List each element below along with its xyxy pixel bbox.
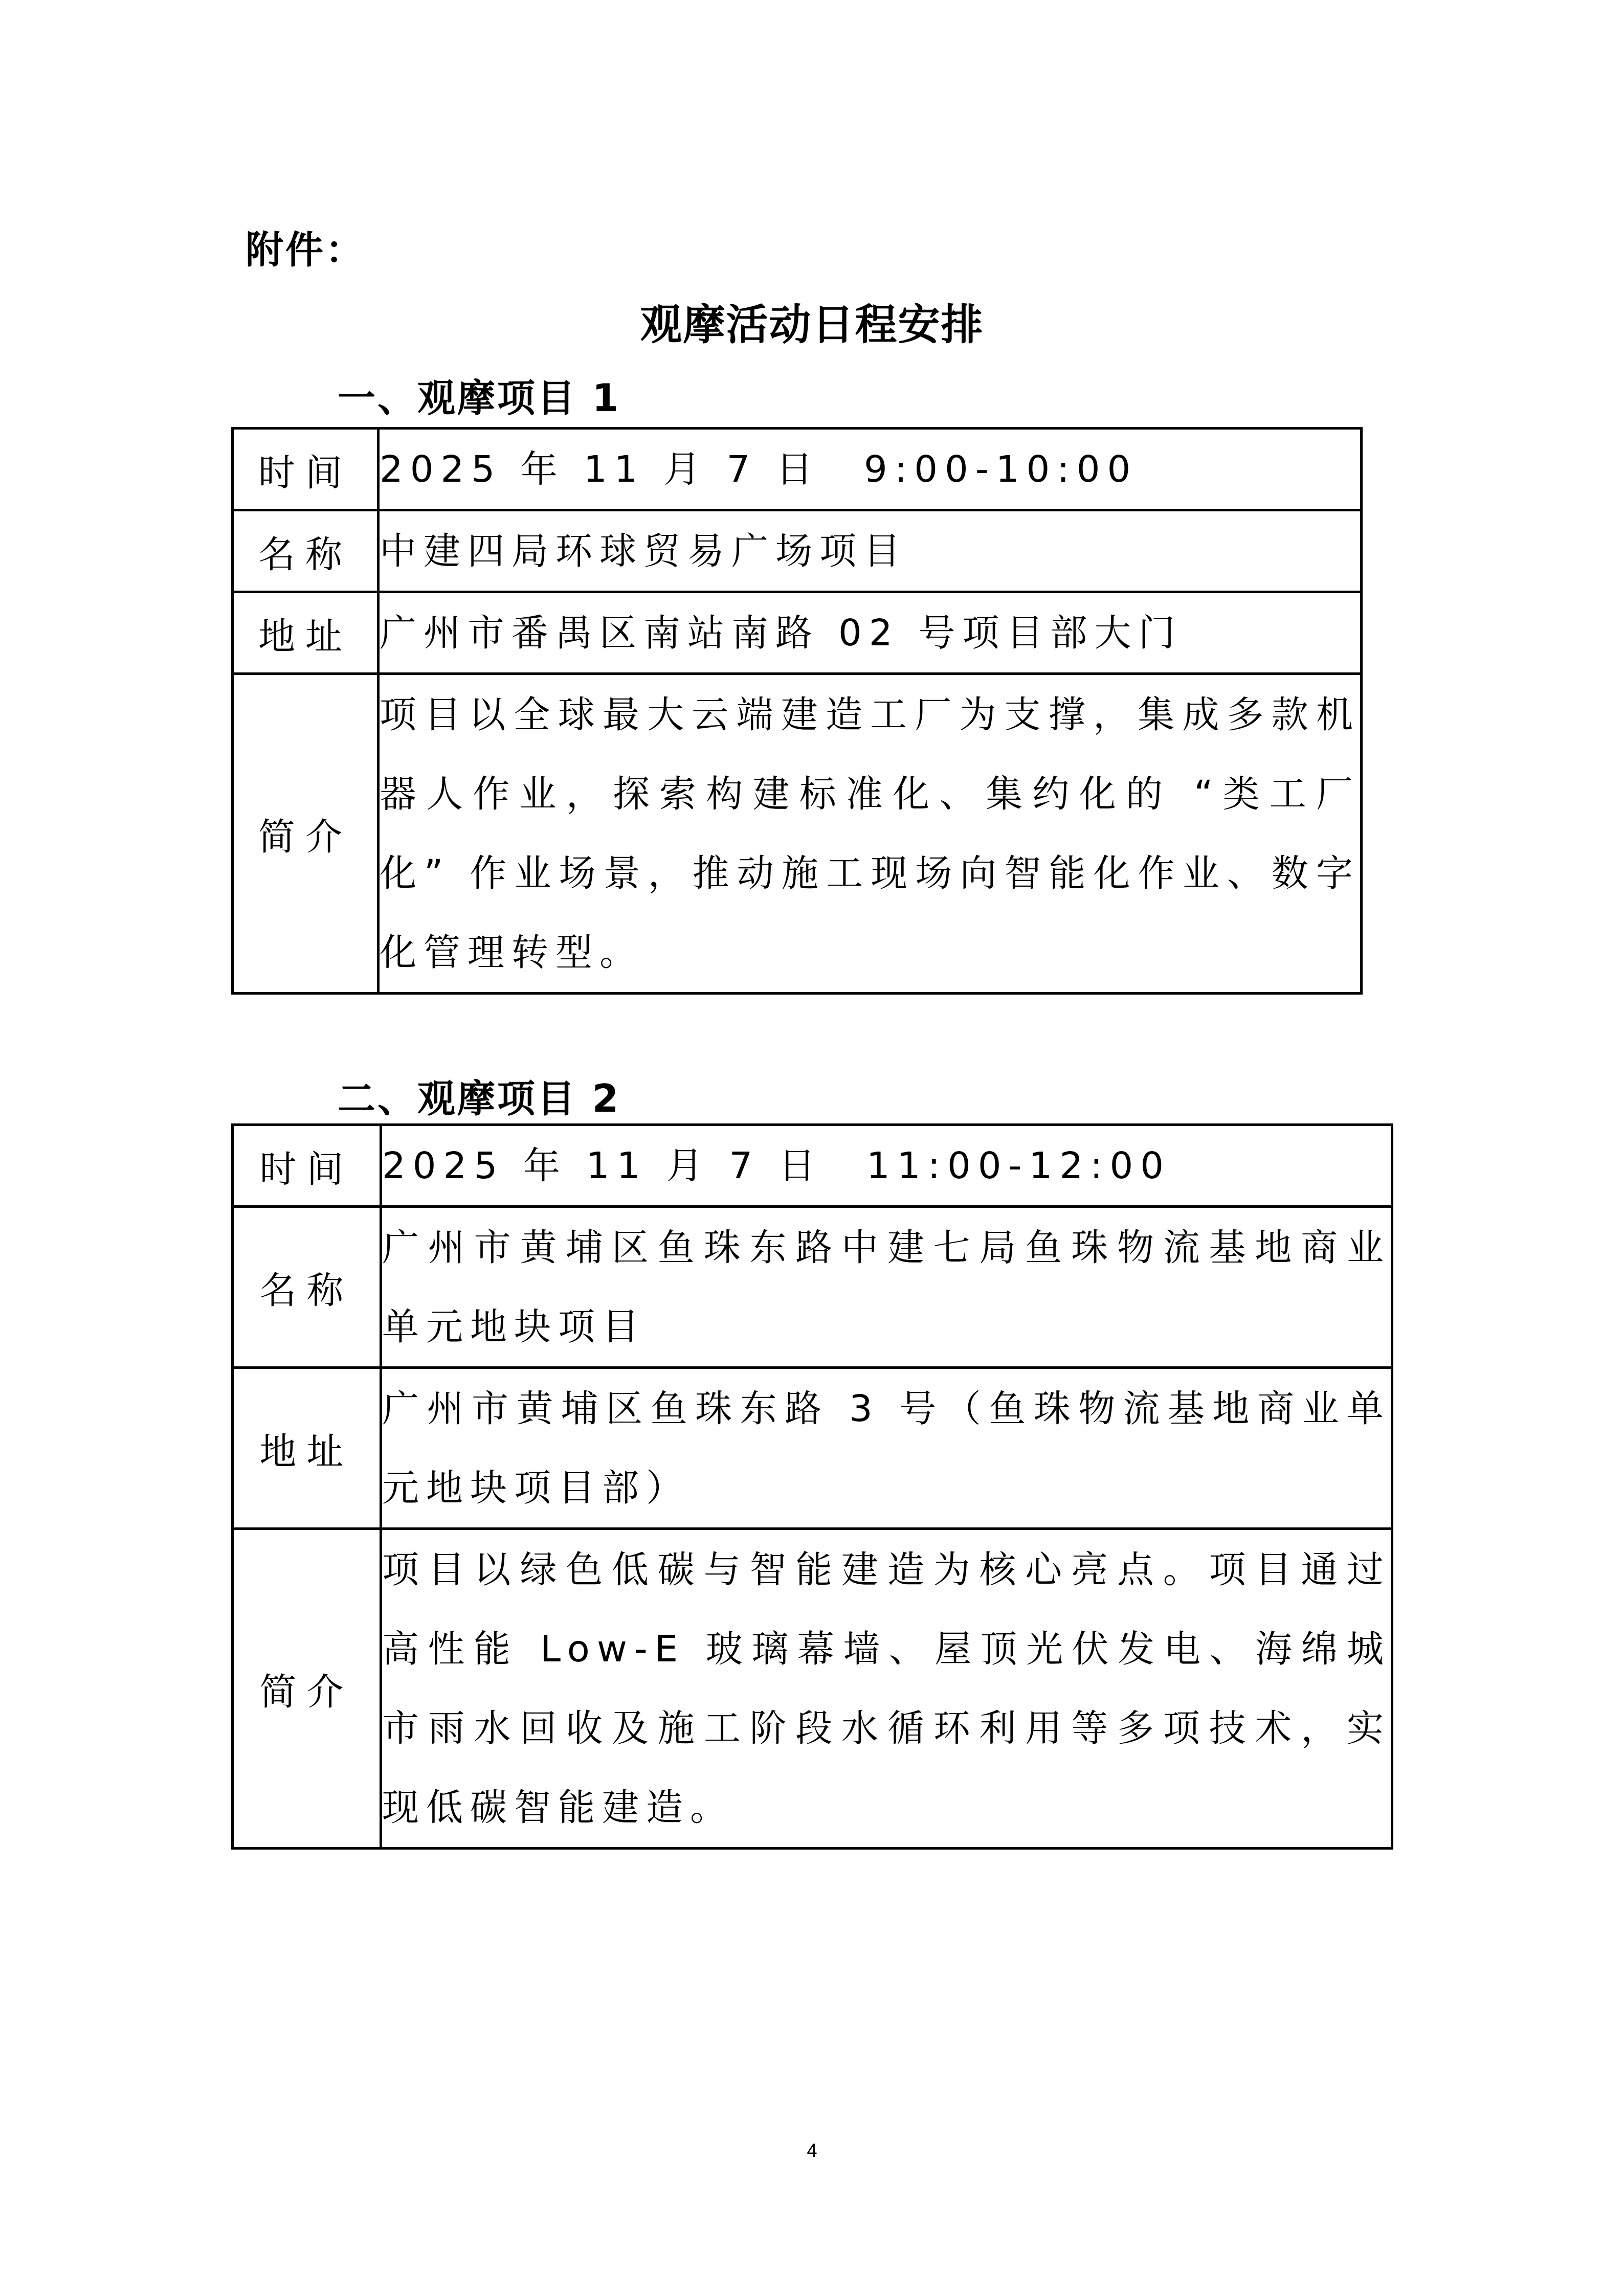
row-value: 项目以全球最大云端建造工厂为支撑，集成多款机器人作业，探索构建标准化、集约化的 … xyxy=(379,674,1362,994)
page-number: 4 xyxy=(0,2140,1624,2162)
row-value: 2025 年 11 月 7 日 9:00-10:00 xyxy=(379,429,1362,510)
table-row-intro: 简介 项目以绿色低碳与智能建造为核心亮点。项目通过高性能 Low-E 玻璃幕墙、… xyxy=(233,1529,1392,1849)
section-heading-1: 一、观摩项目 1 xyxy=(338,368,620,422)
row-label: 名称 xyxy=(233,1207,381,1368)
table-row-address: 地址 广州市番禺区南站南路 02 号项目部大门 xyxy=(233,592,1362,674)
table-row-name: 名称 中建四局环球贸易广场项目 xyxy=(233,510,1362,592)
row-value: 2025 年 11 月 7 日 11:00-12:00 xyxy=(381,1125,1392,1207)
row-label: 时间 xyxy=(233,1125,381,1207)
row-label: 名称 xyxy=(233,510,379,592)
row-label: 时间 xyxy=(233,429,379,510)
row-value: 广州市黄埔区鱼珠东路中建七局鱼珠物流基地商业单元地块项目 xyxy=(381,1207,1392,1368)
schedule-table-2: 时间 2025 年 11 月 7 日 11:00-12:00 名称 广州市黄埔区… xyxy=(231,1123,1393,1850)
table-row-intro: 简介 项目以全球最大云端建造工厂为支撑，集成多款机器人作业，探索构建标准化、集约… xyxy=(233,674,1362,994)
table-row-address: 地址 广州市黄埔区鱼珠东路 3 号（鱼珠物流基地商业单元地块项目部） xyxy=(233,1368,1392,1529)
row-value: 广州市番禺区南站南路 02 号项目部大门 xyxy=(379,592,1362,674)
table-row-time: 时间 2025 年 11 月 7 日 11:00-12:00 xyxy=(233,1125,1392,1207)
document-title: 观摩活动日程安排 xyxy=(0,291,1624,351)
table-row-time: 时间 2025 年 11 月 7 日 9:00-10:00 xyxy=(233,429,1362,510)
schedule-table-1: 时间 2025 年 11 月 7 日 9:00-10:00 名称 中建四局环球贸… xyxy=(231,427,1363,995)
row-value: 项目以绿色低碳与智能建造为核心亮点。项目通过高性能 Low-E 玻璃幕墙、屋顶光… xyxy=(381,1529,1392,1849)
row-label: 简介 xyxy=(233,674,379,994)
section-heading-2: 二、观摩项目 2 xyxy=(338,1069,620,1123)
row-label: 地址 xyxy=(233,1368,381,1529)
row-label: 简介 xyxy=(233,1529,381,1849)
row-value: 广州市黄埔区鱼珠东路 3 号（鱼珠物流基地商业单元地块项目部） xyxy=(381,1368,1392,1529)
table-row-name: 名称 广州市黄埔区鱼珠东路中建七局鱼珠物流基地商业单元地块项目 xyxy=(233,1207,1392,1368)
row-value: 中建四局环球贸易广场项目 xyxy=(379,510,1362,592)
row-label: 地址 xyxy=(233,592,379,674)
attachment-label: 附件： xyxy=(246,220,365,274)
